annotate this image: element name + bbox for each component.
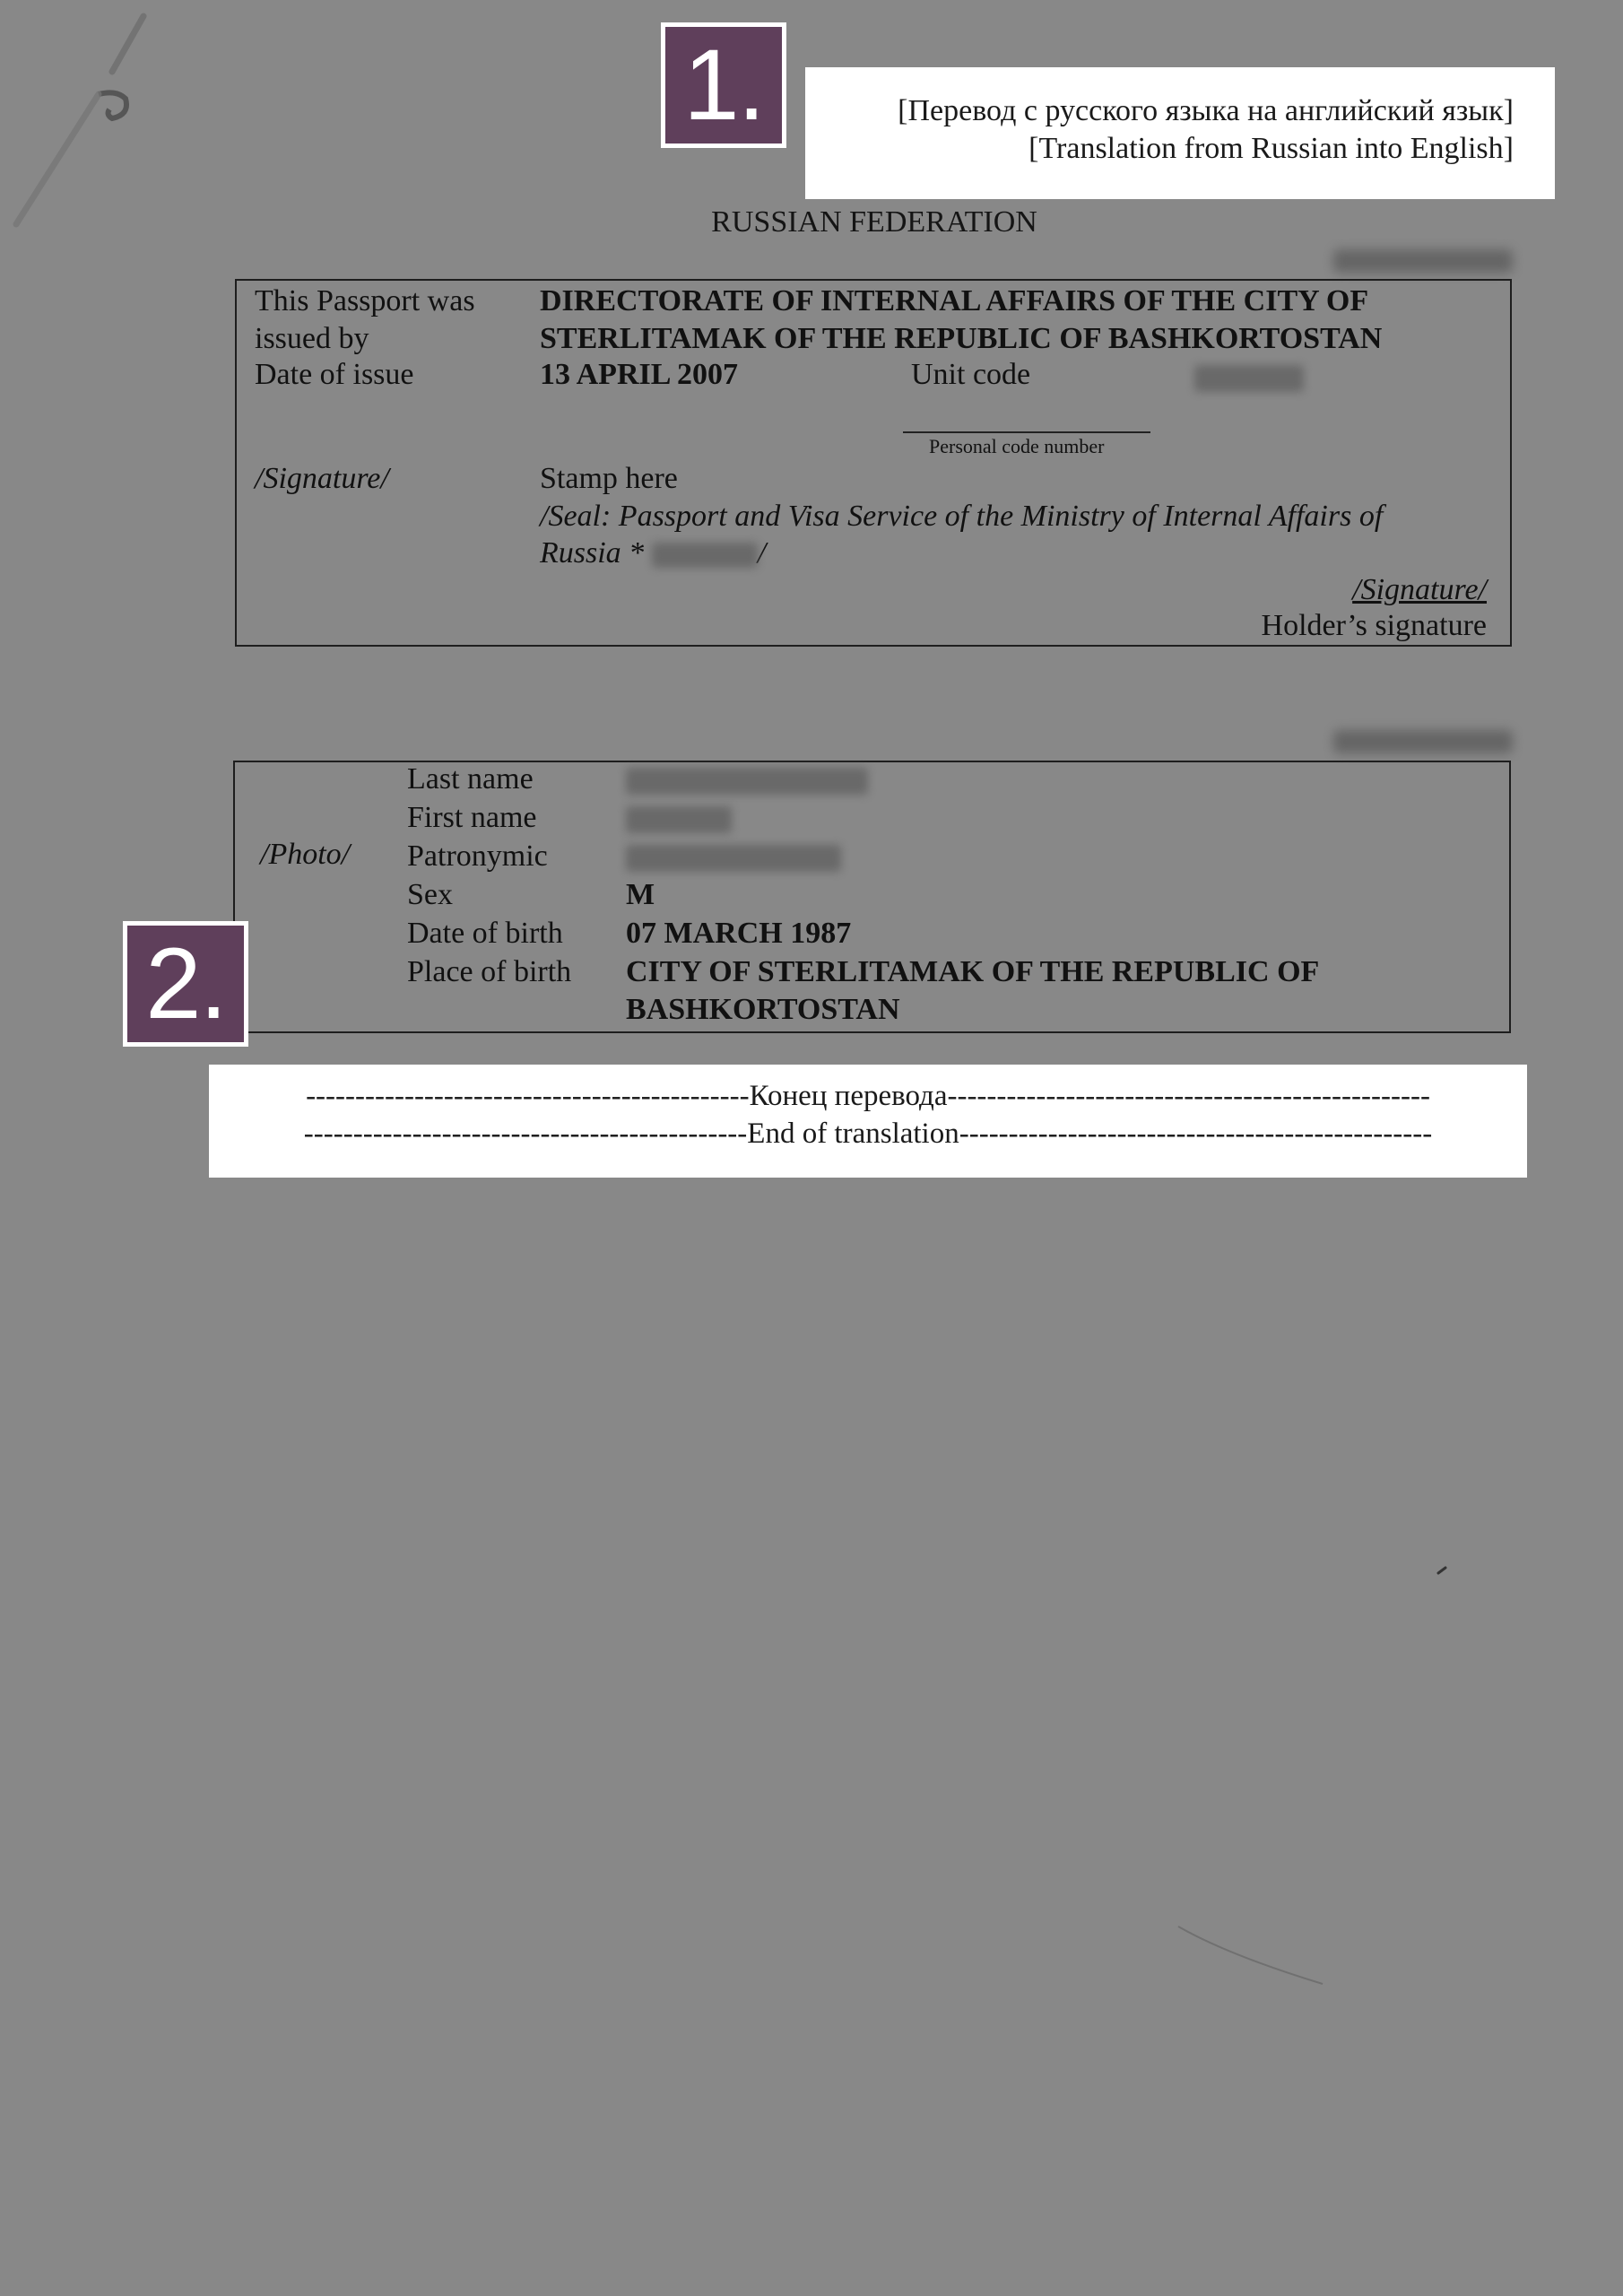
translation-header: [Перевод с русского языка на английский … [805, 67, 1555, 199]
issue-details-box: This Passport was issued by DIRECTORATE … [235, 279, 1512, 647]
section-badge-1: 1. [661, 22, 786, 148]
unit-code-value-redacted [1194, 365, 1304, 392]
section-badge-2: 2. [123, 921, 248, 1047]
serial-number-redacted-1 [1333, 249, 1513, 273]
sex-label: Sex [407, 876, 453, 914]
header-line-en: [Translation from Russian into English] [805, 130, 1514, 168]
first-name-value-redacted [626, 806, 732, 833]
date-of-birth-value: 07 MARCH 1987 [626, 915, 851, 952]
staple-mark [9, 9, 152, 233]
seal-prefix: Russia * [540, 536, 652, 570]
patronymic-label: Patronymic [407, 838, 548, 875]
document-title: RUSSIAN FEDERATION [0, 204, 1623, 240]
place-of-birth-label: Place of birth [407, 953, 571, 991]
personal-details-box: /Photo/ Last name First name Patronymic … [233, 761, 1511, 1033]
signature-right: /Signature/ [1352, 571, 1487, 609]
last-name-value-redacted [626, 768, 868, 795]
date-of-birth-label: Date of birth [407, 915, 563, 952]
scan-speck [1435, 1561, 1453, 1578]
scan-scratch [1175, 1919, 1327, 1991]
seal-line-2: Russia * / [540, 535, 766, 572]
header-line-ru: [Перевод с русского языка на английский … [805, 92, 1514, 130]
sex-value: M [626, 876, 655, 914]
issued-by-label-1: This Passport was [255, 283, 475, 320]
seal-code-redacted [652, 543, 758, 568]
issued-by-value-2: STERLITAMAK OF THE REPUBLIC OF BASHKORTO… [540, 320, 1382, 358]
photo-placeholder: /Photo/ [260, 836, 350, 874]
last-name-label: Last name [407, 761, 534, 798]
holder-signature-caption: Holder’s signature [1262, 607, 1487, 645]
unit-code-label: Unit code [911, 356, 1030, 394]
date-of-issue-value: 13 APRIL 2007 [540, 356, 738, 394]
end-line-en: ----------------------------------------… [209, 1115, 1527, 1152]
first-name-label: First name [407, 799, 536, 837]
end-line-ru: ----------------------------------------… [209, 1077, 1527, 1115]
place-of-birth-value-1: CITY OF STERLITAMAK OF THE REPUBLIC OF [626, 953, 1319, 991]
issued-by-label-2: issued by [255, 320, 369, 358]
seal-line-1: /Seal: Passport and Visa Service of the … [540, 498, 1383, 535]
issued-by-value-1: DIRECTORATE OF INTERNAL AFFAIRS OF THE C… [540, 283, 1368, 320]
personal-code-line [903, 431, 1150, 433]
place-of-birth-value-2: BASHKORTOSTAN [626, 991, 900, 1029]
serial-number-redacted-2 [1333, 730, 1513, 753]
personal-code-caption: Personal code number [929, 435, 1105, 458]
patronymic-value-redacted [626, 845, 841, 872]
seal-suffix: / [758, 536, 766, 570]
date-of-issue-label: Date of issue [255, 356, 414, 394]
end-of-translation-box: ----------------------------------------… [209, 1065, 1527, 1178]
signature-left: /Signature/ [255, 460, 389, 498]
stamp-here: Stamp here [540, 460, 678, 498]
